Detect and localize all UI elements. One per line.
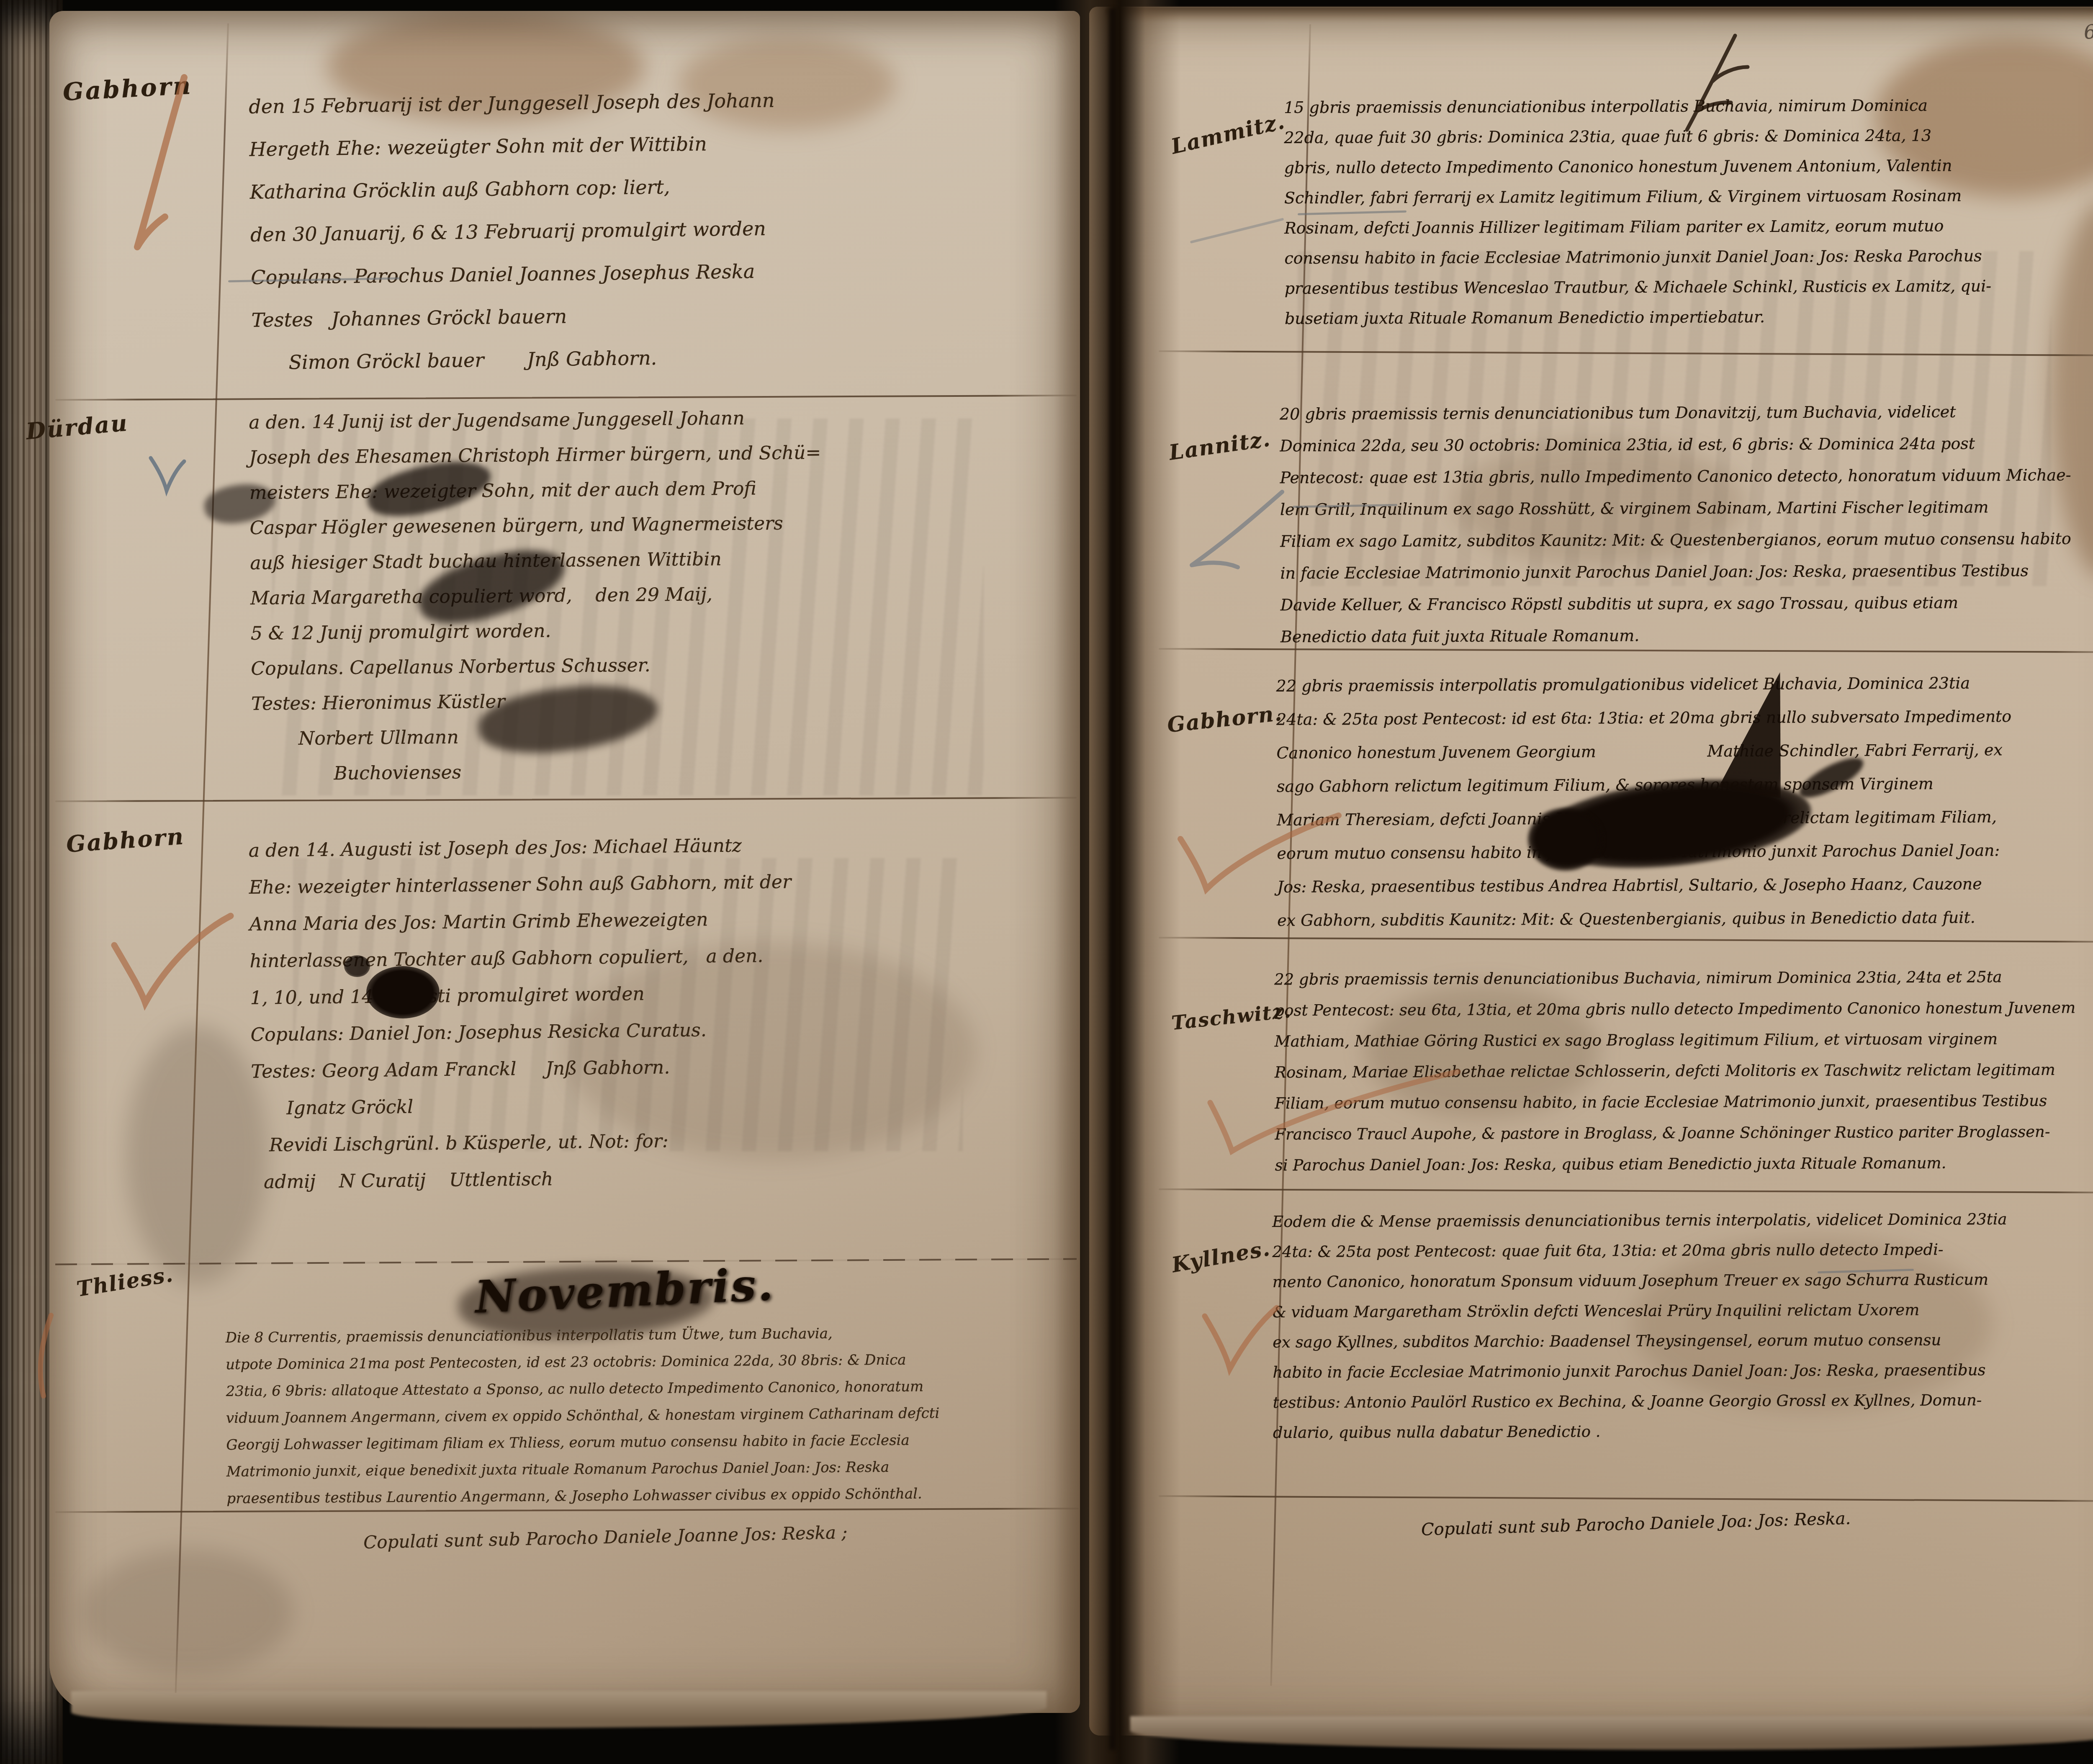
- paper-stain: [126, 1026, 268, 1285]
- gutter-seam-line: [1109, 8, 1116, 1750]
- folio-number: 65: [2083, 19, 2093, 44]
- pencil-check-mark: [1183, 479, 1291, 573]
- register-entry: a den 14. Augusti ist Joseph des Jos: Mi…: [248, 827, 794, 1201]
- check-mark-red: [1195, 1060, 1467, 1160]
- register-entry: den 15 Februarij ist der Junggesell Jose…: [249, 79, 778, 384]
- register-entry: Eodem die & Mense praemissis denunciatio…: [1272, 1204, 2008, 1448]
- book-gutter: [1055, 0, 1180, 1764]
- red-margin-mark: [23, 1310, 69, 1402]
- ink-blot-overwrite: [1528, 808, 1603, 871]
- bottom-page-curve-right: [1130, 1716, 2093, 1750]
- ink-blot: [344, 955, 370, 977]
- register-entry: 20 gbris praemissis ternis denunciationi…: [1280, 396, 2072, 653]
- manuscript-scan: 65 Gabhorn den 15 Februarij ist der Jung…: [0, 0, 2093, 1764]
- ink-blot: [366, 966, 440, 1018]
- check-mark-red: [103, 892, 241, 1013]
- torn-top-edge: [1105, 7, 2093, 22]
- check-mark-red: [121, 67, 209, 264]
- check-mark-red: [1168, 800, 1348, 901]
- check-mark-red: [1194, 1290, 1286, 1378]
- paper-stain: [84, 1549, 293, 1674]
- bottom-page-curve-left: [71, 1691, 1046, 1728]
- register-entry: Die 8 Currentis, praemissis denunciation…: [225, 1319, 940, 1512]
- check-mark-blue: [146, 449, 188, 499]
